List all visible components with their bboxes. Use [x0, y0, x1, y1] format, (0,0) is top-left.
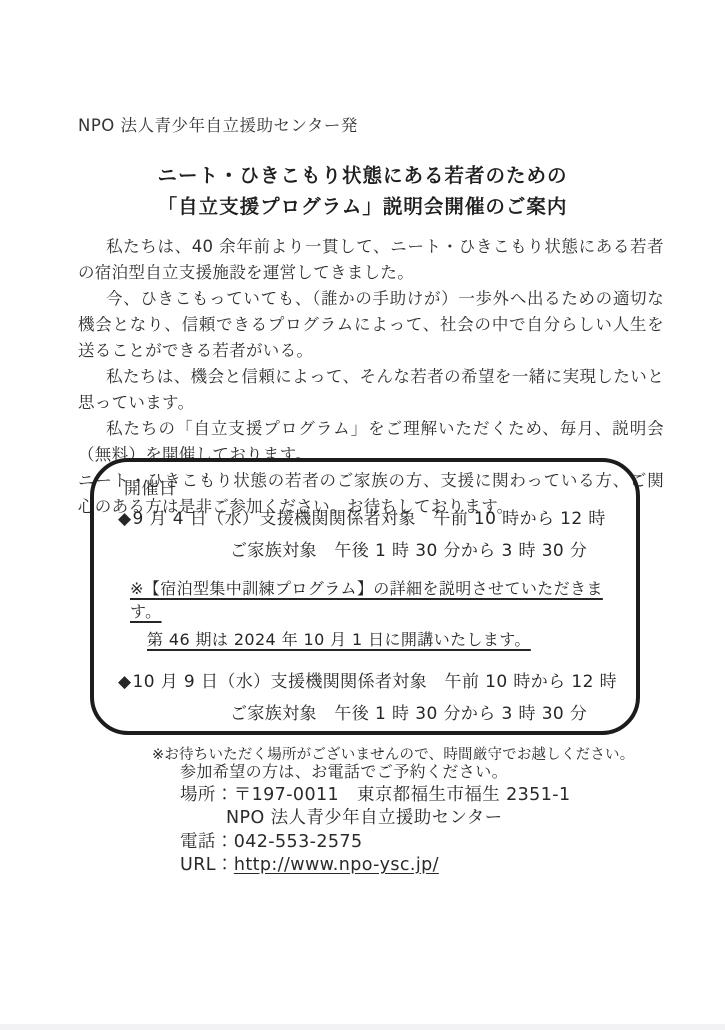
event-september-family-line: ご家族対象 午後 1 時 30 分から 3 時 30 分: [230, 536, 616, 561]
event-september: ◆9 月 4 日（水）支援機関関係者対象 午前 10 時から 12 時: [118, 504, 616, 529]
program-detail-note: ※【宿泊型集中訓練プログラム】の詳細を説明させていただきます。 第 46 期は …: [130, 576, 616, 650]
document-title: ニート・ひきこもり状態にある若者のための 「自立支援プログラム」説明会開催のご案…: [0, 160, 725, 222]
sender-line: NPO 法人青少年自立援助センター発: [78, 112, 358, 136]
url-label: URL：: [180, 855, 234, 875]
program-note-line-2: 第 46 期は 2024 年 10 月 1 日に開講いたします。: [147, 627, 531, 650]
organization-name: NPO 法人青少年自立援助センター: [226, 807, 571, 831]
scanned-flyer-page: NPO 法人青少年自立援助センター発 ニート・ひきこもり状態にある若者のための …: [0, 0, 725, 1030]
paragraph-history: 私たちは、40 余年前より一貫して、ニート・ひきこもり状態にある若者の宿泊型自立…: [78, 234, 664, 286]
event-september-date-line: 9 月 4 日（水）支援機関関係者対象 午前 10 時から 12 時: [132, 509, 605, 529]
title-line-1: ニート・ひきこもり状態にある若者のための: [0, 160, 725, 191]
reservation-line: 参加希望の方は、お電話でご予約ください。: [180, 760, 571, 784]
phone-line: 電話：042-553-2575: [180, 831, 571, 855]
title-line-2: 「自立支援プログラム」説明会開催のご案内: [0, 191, 725, 222]
event-october-date-line: 10 月 9 日（水）支援機関関係者対象 午前 10 時から 12 時: [132, 672, 617, 692]
diamond-bullet-icon: ◆: [118, 672, 131, 692]
schedule-box: 開催日 ◆9 月 4 日（水）支援機関関係者対象 午前 10 時から 12 時 …: [90, 458, 640, 735]
schedule-heading: 開催日: [124, 474, 616, 499]
location-line: 場所：〒197-0011 東京都福生市福生 2351-1: [180, 784, 571, 808]
contact-block: 参加希望の方は、お電話でご予約ください。 場所：〒197-0011 東京都福生市…: [180, 760, 571, 878]
paragraph-opportunity: 今、ひきこもっていても、（誰かの手助けが）一歩外へ出るための適切な機会となり、信…: [78, 286, 664, 364]
event-october: ◆10 月 9 日（水）支援機関関係者対象 午前 10 時から 12 時: [118, 667, 616, 692]
url-line: URL：http://www.npo-ysc.jp/: [180, 854, 571, 878]
scan-edge-artifact: [0, 1024, 725, 1030]
phone-label: 電話：: [180, 832, 234, 852]
program-note-line-1: ※【宿泊型集中訓練プログラム】の詳細を説明させていただきます。: [130, 576, 616, 622]
diamond-bullet-icon: ◆: [118, 509, 131, 529]
location-value: 〒197-0011 東京都福生市福生 2351-1: [234, 785, 571, 805]
paragraph-hope: 私たちは、機会と信頼によって、そんな若者の希望を一緒に実現したいと思っています。: [78, 364, 664, 416]
location-label: 場所：: [180, 785, 234, 805]
phone-number: 042-553-2575: [234, 832, 363, 852]
website-link[interactable]: http://www.npo-ysc.jp/: [234, 855, 439, 875]
event-october-family-line: ご家族対象 午後 1 時 30 分から 3 時 30 分: [230, 699, 616, 724]
